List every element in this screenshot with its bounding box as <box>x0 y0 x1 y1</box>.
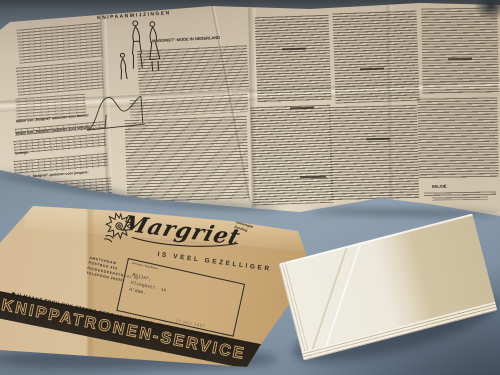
text-column-4a <box>332 11 419 104</box>
belgie-heading: BELGIË. <box>432 185 447 189</box>
text-column-3b <box>250 105 333 206</box>
text-column-1c <box>15 94 87 123</box>
measurement-curve-diagram <box>83 90 152 135</box>
text-column-5a <box>421 7 498 94</box>
tissue-pattern-pack <box>279 214 498 361</box>
text-column-5b <box>417 97 498 178</box>
size-table-meisjes <box>14 133 107 154</box>
indicia-line: bij <box>238 212 257 221</box>
text-column-1b <box>16 60 104 95</box>
belgie-note-line2 <box>432 197 488 201</box>
address-window-label: Mevrouw / Mejuffrouw <box>132 262 158 270</box>
fashion-figures-illustration <box>108 14 174 82</box>
text-column-4b <box>329 105 419 201</box>
tissue-top-edge <box>279 214 473 266</box>
text-column-1a <box>17 22 104 63</box>
recipient-address: Meijer, Vliegastr. 1e A’dam. <box>128 271 169 301</box>
photo-scene: KNIPAANWIJZINGEN „MARGRIET”-MODE IN NEDE… <box>0 0 500 375</box>
text-column-3a <box>255 15 332 104</box>
